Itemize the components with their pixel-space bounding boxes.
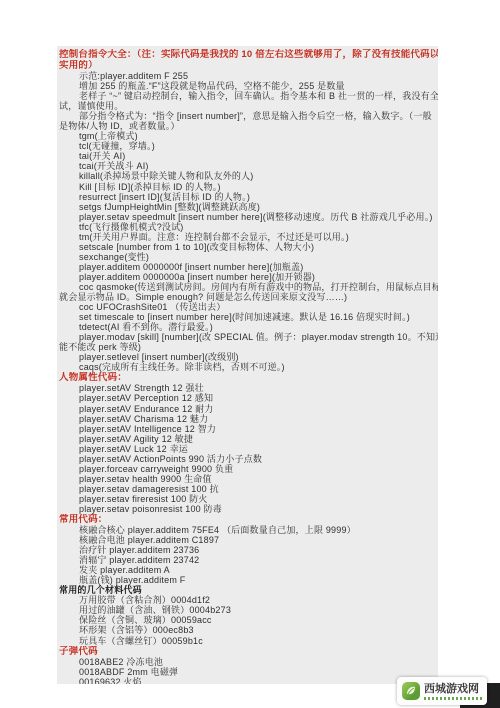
doc-line: 增加 255 的瓶盖.“F”这段就是物品代码，空格不能少，255 是数量	[59, 81, 438, 91]
doc-line: caqs(完成所有主线任务。除非读档，否则不可逆。)	[59, 362, 438, 372]
doc-line: tgm(上帝模式)	[59, 131, 438, 141]
doc-line: player.additem 0000000f [insert number h…	[59, 262, 438, 272]
doc-line: tdetect(AI 看不到你。潜行最爱。)	[59, 322, 438, 332]
doc-line: setscale [number from 1 to 10](改变目标物体、人物…	[59, 242, 438, 252]
doc-line: tcl(无碰撞，穿墙。)	[59, 141, 438, 151]
doc-line: coc qasmoke(传送到测试房间。房间内有所有游戏中的物品，打开控制台，用…	[59, 282, 438, 292]
doc-line: 玩具车（含螺丝钉）00059b1c	[59, 636, 438, 646]
doc-line: player.modav [skill] [number](改 SPECIAL …	[59, 332, 438, 342]
doc-line: 消辐宁 player.additem 23742	[59, 555, 438, 565]
section-heading: 实用的）	[59, 60, 438, 71]
doc-line: player.additem 0000000a [insert number h…	[59, 272, 438, 282]
doc-line: killall(杀掉场景中除关键人物和队友外的人)	[59, 171, 438, 181]
doc-line: 老样子 “~” 键启动控制台，输入指令，回车确认。指令基本和 B 社一贯的一样，…	[59, 91, 438, 101]
doc-line: 瓶盖(钱) player.additem F	[59, 575, 438, 585]
doc-line: 治疗针 player.additem 23736	[59, 545, 438, 555]
doc-line: 保险丝（含铜、玻璃）00059acc	[59, 615, 438, 625]
doc-line: 用过的油罐（含油、钢铁）0004b273	[59, 605, 438, 615]
section-heading: 控制台指令大全：（注：实际代码是我找的 10 倍左右这些就够用了，除了没有技能代…	[59, 49, 438, 60]
doc-line: resurrect [insert ID](复活目标 ID 的人物。)	[59, 192, 438, 202]
doc-line: player.setAV Strength 12 强壮	[59, 383, 438, 393]
doc-line: 发夹 player.additem A	[59, 565, 438, 575]
doc-line: set timescale to [insert number here](时间…	[59, 312, 438, 322]
watermark-box: 西城游戏网	[397, 677, 487, 705]
watermark-site-name: 西城游戏网	[424, 683, 484, 695]
doc-line: 就会显示物品 ID。Simple enough? 问题是怎么传送回来原文没写………	[59, 292, 438, 302]
doc-line: player.setav damageresist 100 抗	[59, 484, 438, 494]
section-heading: 常用代码：	[59, 514, 438, 525]
doc-line: player.setAV Agility 12 敏捷	[59, 434, 438, 444]
page: { "colors": { "accent_red": "#c62d1f", "…	[0, 0, 500, 708]
doc-line: player.setAV Perception 12 感知	[59, 393, 438, 403]
doc-line: 万用胶带（含粘合剂）0004d1f2	[59, 595, 438, 605]
doc-line: player.forceav carryweight 9900 负重	[59, 464, 438, 474]
doc-line: tm(开关用户界面。注意：连控制台都不会显示，不过还是可以用。)	[59, 232, 438, 242]
watermark: 西城游戏网	[390, 672, 500, 708]
leaf-logo-icon	[402, 682, 420, 700]
doc-line: tcai(开关战斗 AI)	[59, 161, 438, 171]
doc-line: 能不能改 perk 等级)	[59, 342, 438, 352]
doc-line: player.setav speedmult [insert number he…	[59, 212, 438, 222]
doc-line: player.setAV Endurance 12 耐力	[59, 404, 438, 414]
doc-line: 0018ABE2 冷冻电池	[59, 657, 438, 667]
doc-line: 核融合电池 player.additem C1897	[59, 535, 438, 545]
doc-line: player.setav health 9900 生命值	[59, 474, 438, 484]
doc-line: Kill [目标 ID](杀掉目标 ID 的人物。)	[59, 182, 438, 192]
doc-line: 是物体/人物 ID，或者数量。）	[59, 121, 438, 131]
doc-line: coc UFOCrashSite01 （传送出去）	[59, 302, 438, 312]
document-area: 控制台指令大全：（注：实际代码是我找的 10 倍左右这些就够用了，除了没有技能代…	[57, 46, 438, 684]
doc-line: player.setav fireresist 100 防火	[59, 494, 438, 504]
doc-line: 试，谨慎使用。	[59, 101, 438, 111]
doc-line: 示范:player.additem F 255	[59, 71, 438, 81]
doc-line: tfc(飞行摄像机模式?没试)	[59, 222, 438, 232]
doc-line: player.setAV ActionPoints 990 活力小子点数	[59, 454, 438, 464]
doc-line: 0018ABDF 2mm 电磁弹	[59, 667, 438, 677]
doc-line: 环形架（含铝等）000ec8b3	[59, 625, 438, 635]
section-heading: 人物属性代码：	[59, 372, 438, 383]
doc-line: sexchange(变性)	[59, 252, 438, 262]
doc-line: player.setAV Charisma 12 魅力	[59, 414, 438, 424]
doc-line: 部分指令格式为：“指令 [insert number]”，意思是输入指令后空一格…	[59, 111, 438, 121]
doc-line: setgs fJumpHeightMin [整数](调整跳跃高度)	[59, 202, 438, 212]
section-heading: 常用的几个材料代码	[59, 585, 438, 595]
doc-line: tai(开关 AI)	[59, 151, 438, 161]
doc-line: player.setAV Intelligence 12 智力	[59, 424, 438, 434]
doc-line: 核融合核心 player.additem 75FE4 （后面数量自己加，上限 9…	[59, 525, 438, 535]
doc-line: player.setAV Luck 12 幸运	[59, 444, 438, 454]
doc-line: player.setlevel [insert number](改级别)	[59, 352, 438, 362]
watermark-tagline	[424, 697, 484, 700]
doc-line: player.setav poisonresist 100 防毒	[59, 504, 438, 514]
doc-line: 00169632 火焰	[59, 677, 438, 684]
section-heading: 子弹代码	[59, 646, 438, 657]
